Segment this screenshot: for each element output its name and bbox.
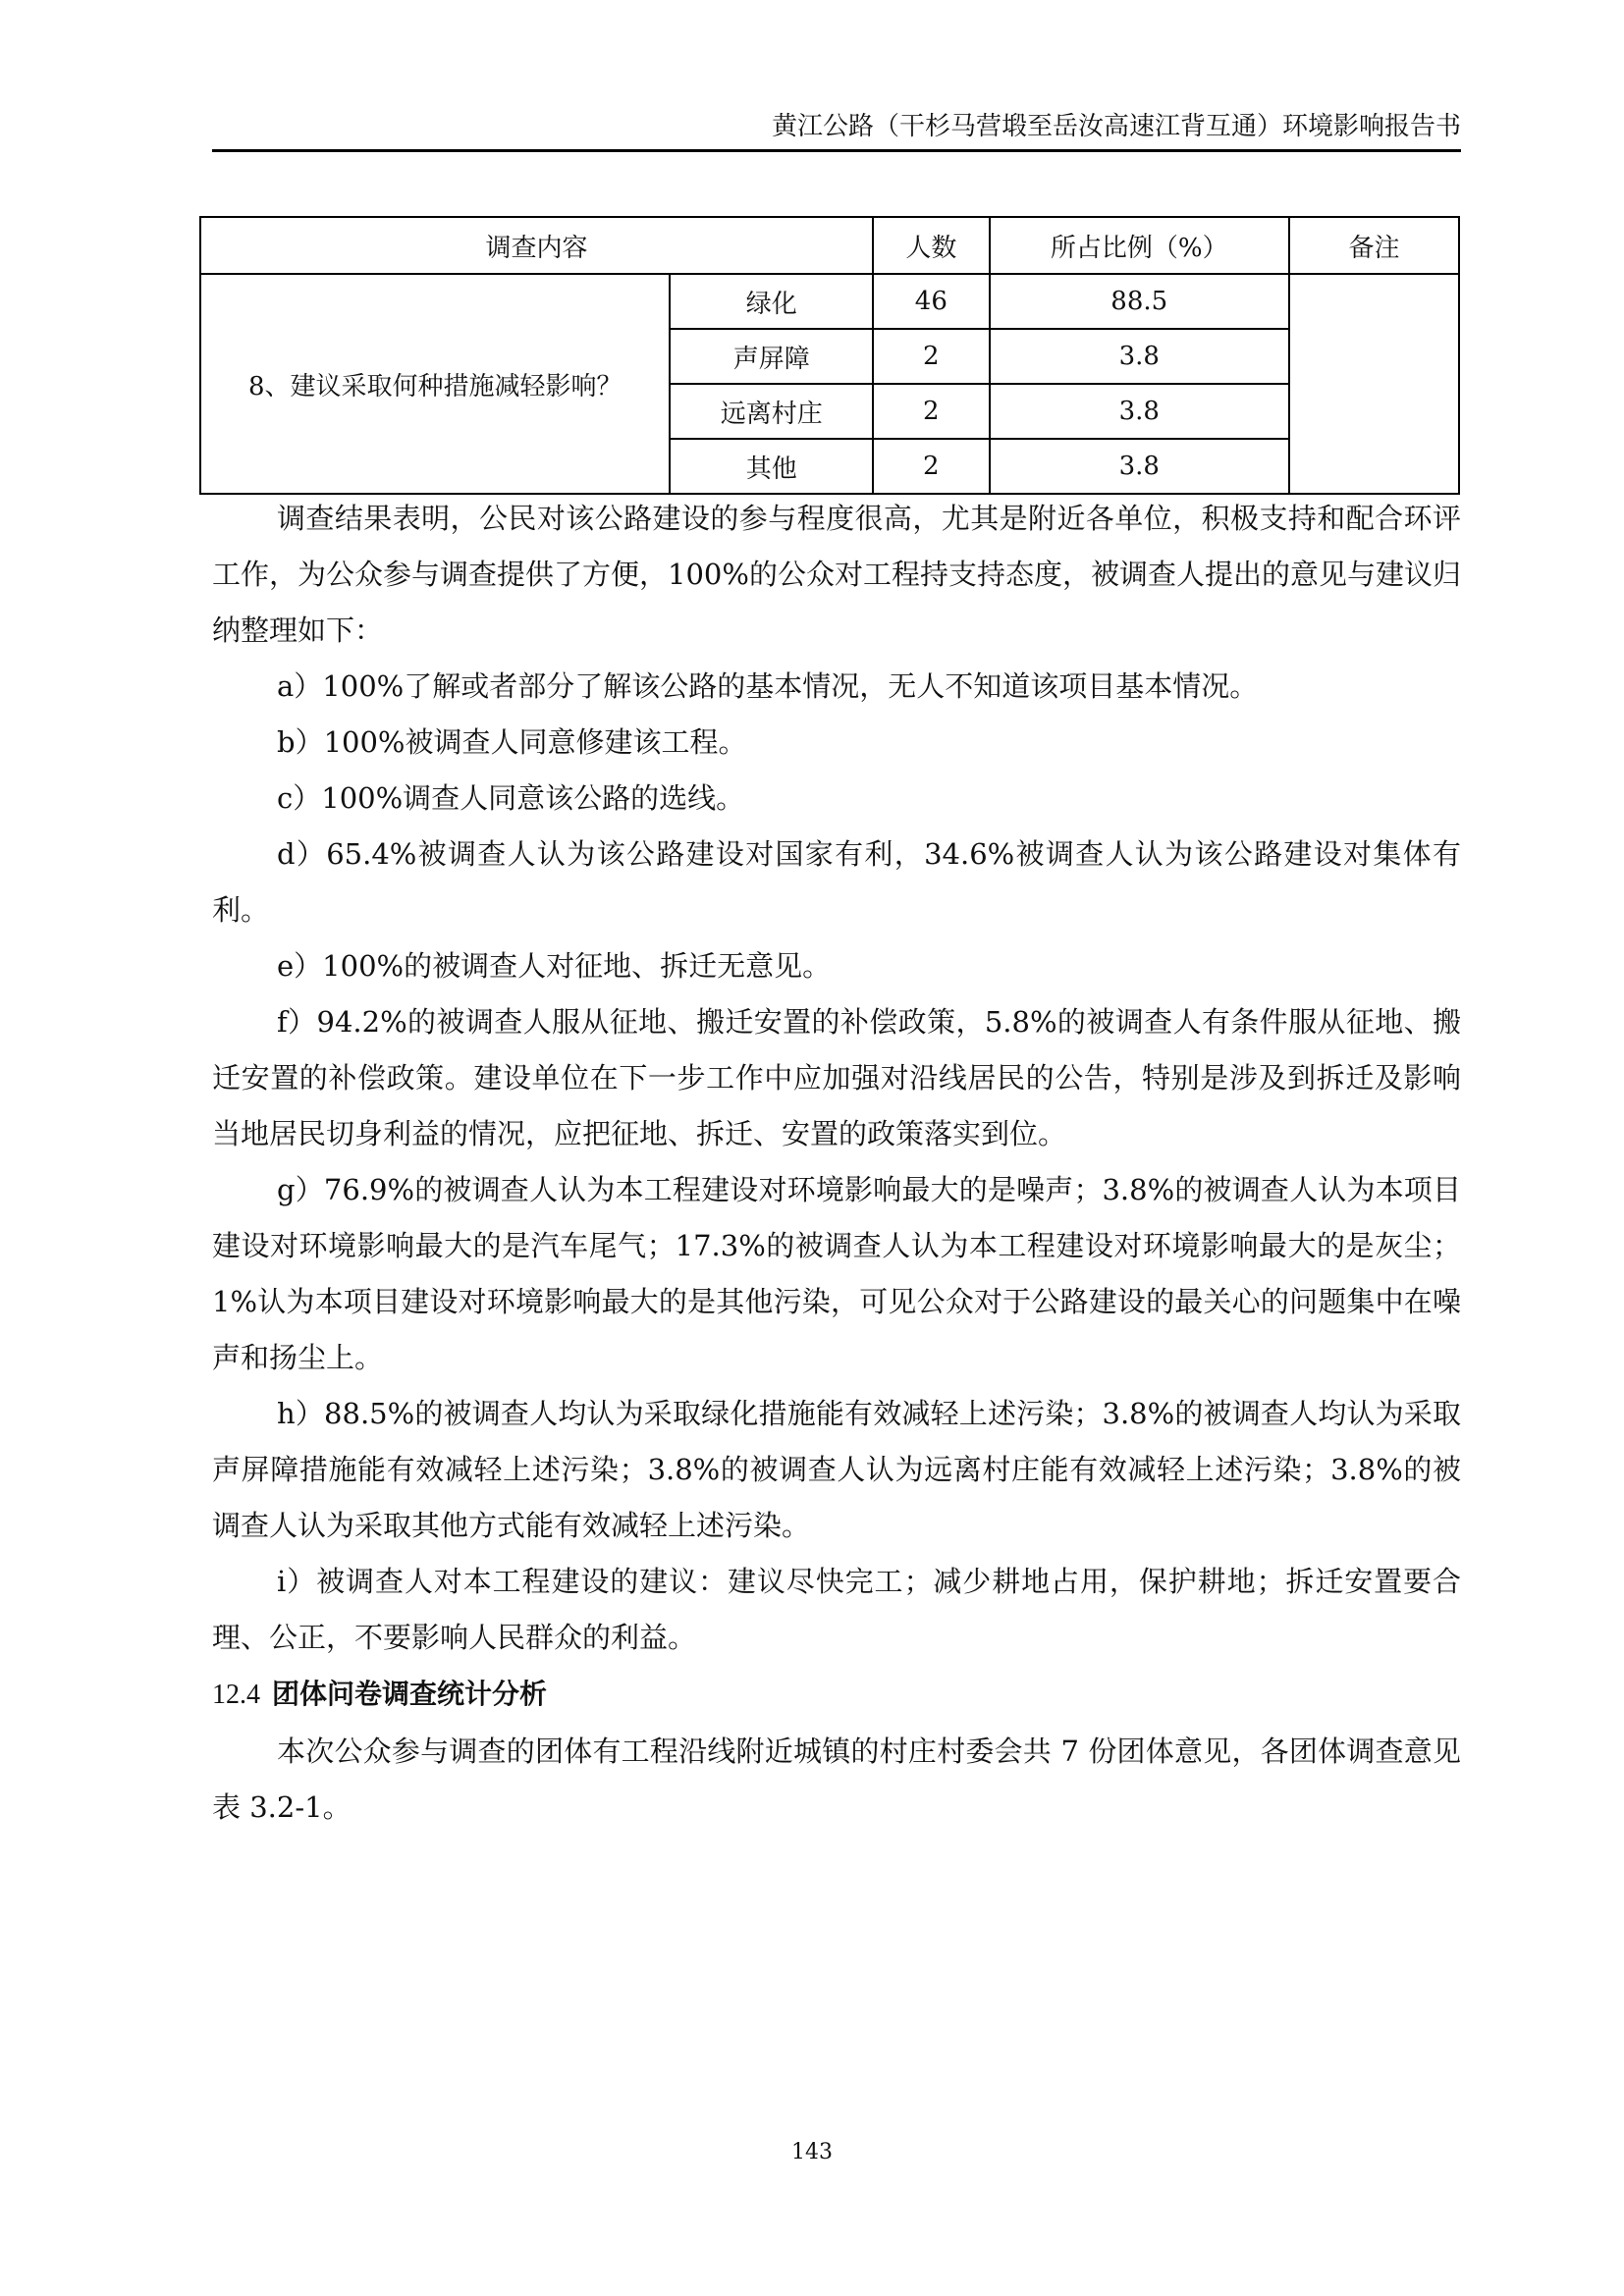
- remark-cell: [1289, 274, 1459, 494]
- header-survey-content: 调查内容: [200, 217, 873, 274]
- percent-cell: 3.8: [990, 384, 1289, 439]
- option-cell: 声屏障: [670, 329, 873, 384]
- header-rule: [212, 149, 1461, 152]
- percent-cell: 3.8: [990, 439, 1289, 494]
- table-header-row: 调查内容 人数 所占比例（%） 备注: [200, 217, 1459, 274]
- intro-paragraph: 调查结果表明，公民对该公路建设的参与程度很高，尤其是附近各单位，积极支持和配合环…: [212, 491, 1461, 659]
- count-cell: 2: [873, 329, 989, 384]
- count-cell: 2: [873, 384, 989, 439]
- finding-g: g）76.9%的被调查人认为本工程建设对环境影响最大的是噪声；3.8%的被调查人…: [212, 1162, 1461, 1386]
- body-text: 调查结果表明，公民对该公路建设的参与程度很高，尤其是附近各单位，积极支持和配合环…: [212, 491, 1461, 1836]
- document-header: 黄江公路（干杉马营塅至岳汝高速江背互通）环境影响报告书: [212, 110, 1461, 143]
- page-number: 143: [0, 2140, 1624, 2164]
- finding-d: d）65.4%被调查人认为该公路建设对国家有利，34.6%被调查人认为该公路建设…: [212, 827, 1461, 938]
- finding-a: a）100%了解或者部分了解该公路的基本情况，无人不知道该项目基本情况。: [212, 659, 1461, 715]
- percent-cell: 88.5: [990, 274, 1289, 329]
- option-cell: 绿化: [670, 274, 873, 329]
- option-cell: 其他: [670, 439, 873, 494]
- section-number: 12.4: [212, 1680, 260, 1710]
- header-count: 人数: [873, 217, 989, 274]
- finding-f: f）94.2%的被调查人服从征地、搬迁安置的补偿政策，5.8%的被调查人有条件服…: [212, 994, 1461, 1162]
- finding-c: c）100%调查人同意该公路的选线。: [212, 771, 1461, 827]
- count-cell: 2: [873, 439, 989, 494]
- table-row: 8、建议采取何种措施减轻影响？ 绿化 46 88.5: [200, 274, 1459, 329]
- percent-cell: 3.8: [990, 329, 1289, 384]
- finding-i: i）被调查人对本工程建设的建议：建议尽快完工；减少耕地占用，保护耕地；拆迁安置要…: [212, 1554, 1461, 1666]
- finding-h: h）88.5%的被调查人均认为采取绿化措施能有效减轻上述污染；3.8%的被调查人…: [212, 1386, 1461, 1554]
- section-title: 团体问卷调查统计分析: [272, 1678, 547, 1710]
- section-heading: 12.4团体问卷调查统计分析: [212, 1666, 1461, 1724]
- option-cell: 远离村庄: [670, 384, 873, 439]
- question-cell: 8、建议采取何种措施减轻影响？: [200, 274, 670, 494]
- finding-e: e）100%的被调查人对征地、拆迁无意见。: [212, 938, 1461, 994]
- closing-paragraph: 本次公众参与调查的团体有工程沿线附近城镇的村庄村委会共 7 份团体意见，各团体调…: [212, 1724, 1461, 1836]
- header-percent: 所占比例（%）: [990, 217, 1289, 274]
- header-remark: 备注: [1289, 217, 1459, 274]
- finding-b: b）100%被调查人同意修建该工程。: [212, 715, 1461, 771]
- survey-table: 调查内容 人数 所占比例（%） 备注 8、建议采取何种措施减轻影响？ 绿化 46…: [199, 216, 1460, 495]
- count-cell: 46: [873, 274, 989, 329]
